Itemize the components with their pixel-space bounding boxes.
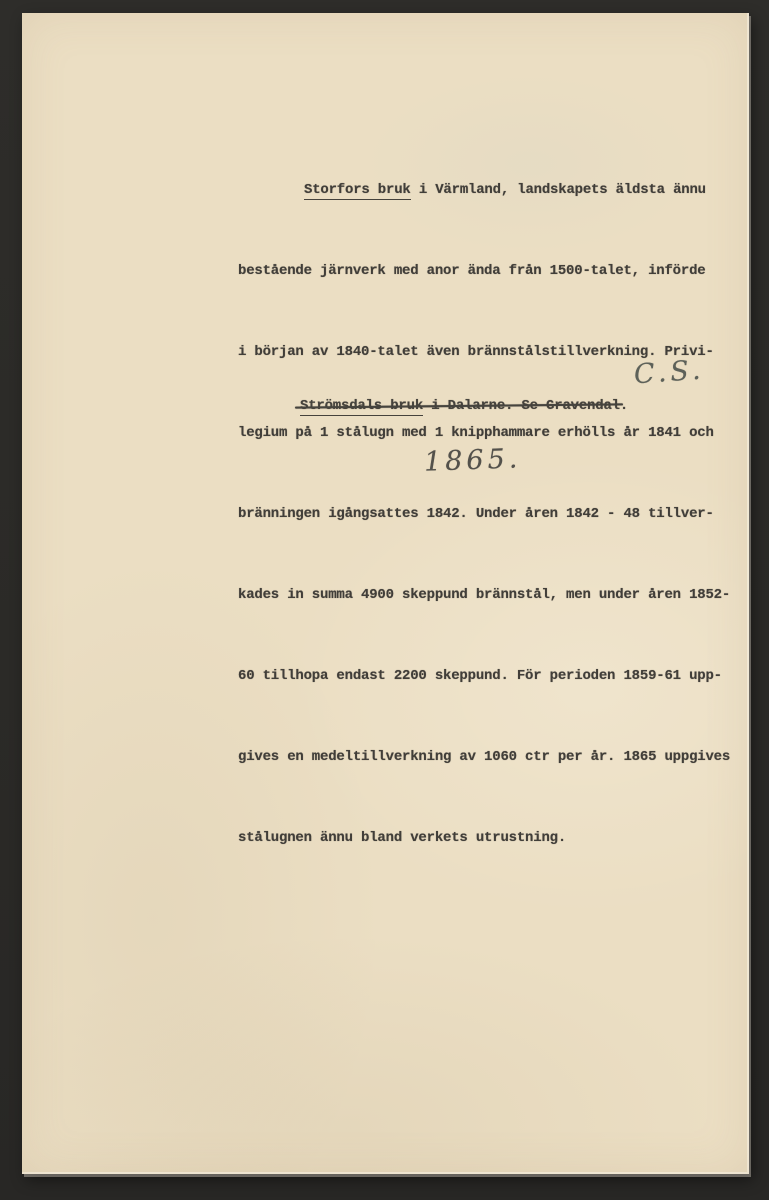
typed-line: stålugnen ännu bland verkets utrustning. (238, 825, 754, 852)
typed-line: kades in summa 4900 skeppund brännstål, … (238, 582, 754, 609)
typed-paragraph: Storfors bruk i Värmland, landskapets äl… (238, 123, 754, 906)
struck-entry: Strömsdals bruk i Dalarne. Se Gravendal. (300, 398, 628, 414)
document-page: Storfors bruk i Värmland, landskapets äl… (22, 13, 749, 1174)
underlined-title: Storfors bruk (304, 182, 411, 200)
handwritten-initials: C.S. (633, 355, 705, 391)
typed-line: gives en medeltillverkning av 1060 ctr p… (238, 744, 754, 771)
typed-line: bränningen igångsattes 1842. Under åren … (238, 501, 754, 528)
struck-entry-tail: . (620, 398, 628, 414)
typed-line: bestående järnverk med anor ända från 15… (238, 258, 754, 285)
typed-line-rest: i Värmland, landskapets äldsta ännu (411, 182, 706, 198)
typed-line: legium på 1 stålugn med 1 knipphammare e… (238, 420, 754, 447)
struck-text-wrap: Strömsdals bruk i Dalarne. Se Gravendal (300, 398, 620, 414)
handwritten-year-note: 1865. (423, 443, 521, 477)
scan-stage: Storfors bruk i Värmland, landskapets äl… (0, 0, 769, 1200)
typed-line: Storfors bruk i Värmland, landskapets äl… (238, 177, 754, 204)
typed-line: 60 tillhopa endast 2200 skeppund. För pe… (238, 663, 754, 690)
